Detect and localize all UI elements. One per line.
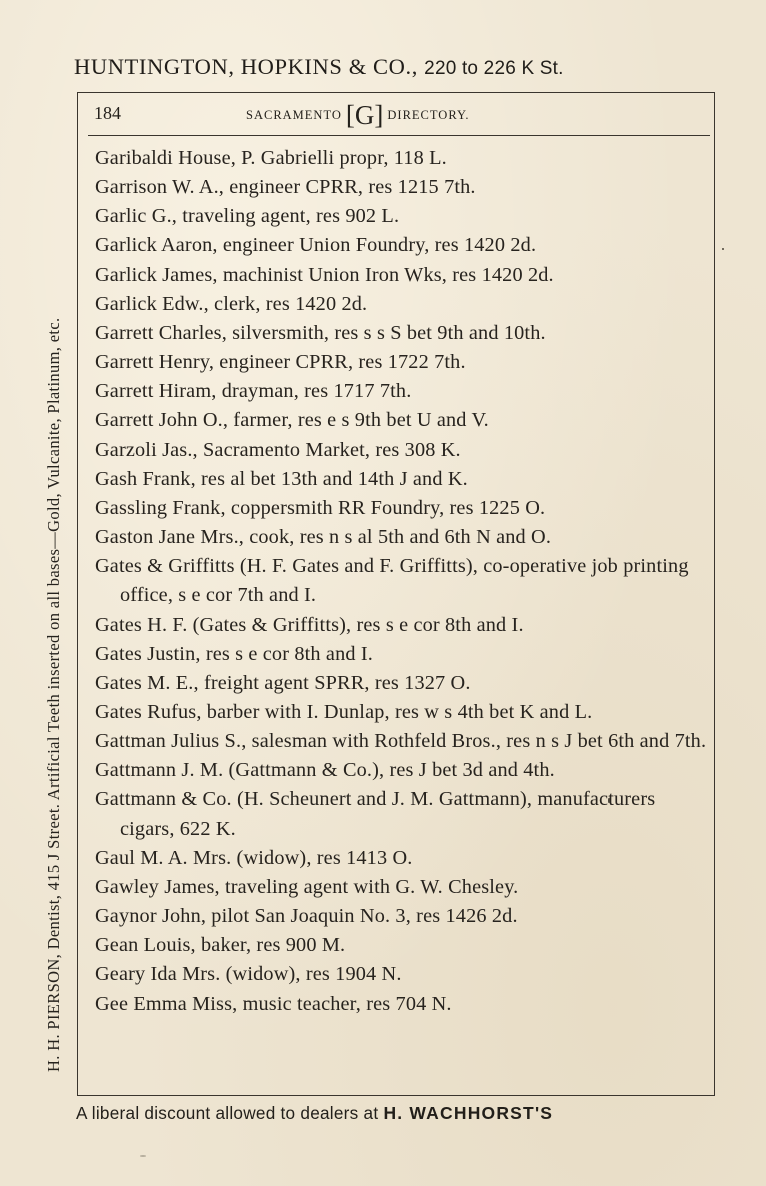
directory-entry: Garlick Aaron, engineer Union Foundry, r… (95, 231, 707, 260)
directory-entry: Garlick James, machinist Union Iron Wks,… (95, 261, 707, 290)
directory-entry: Garrett Charles, silversmith, res s s S … (95, 319, 707, 348)
directory-entry: Gates Justin, res s e cor 8th and I. (95, 640, 707, 669)
running-head: 184 Sacramento[G]Directory. (94, 100, 710, 132)
print-speck (140, 1155, 146, 1157)
directory-entry: Garrett Hiram, drayman, res 1717 7th. (95, 377, 707, 406)
directory-entry: Gates M. E., freight agent SPRR, res 132… (95, 669, 707, 698)
page-number: 184 (94, 103, 121, 124)
banner-address: 220 to 226 K St. (424, 58, 563, 79)
section-letter: [G] (346, 100, 383, 130)
directory-entry: Garrett John O., farmer, res e s 9th bet… (95, 406, 707, 435)
directory-entry: Gates H. F. (Gates & Griffitts), res s e… (95, 611, 707, 640)
side-advert-vertical: H. H. PIERSON, Dentist, 415 J Street. Ar… (42, 92, 66, 1072)
print-speck (722, 248, 724, 250)
footer-bold-text: H. WACHHORST'S (383, 1103, 553, 1123)
directory-entry: Gee Emma Miss, music teacher, res 704 N. (95, 990, 707, 1019)
directory-entry: Garibaldi House, P. Gabrielli propr, 118… (95, 144, 707, 173)
directory-entry: Gaul M. A. Mrs. (widow), res 1413 O. (95, 844, 707, 873)
title-left-word: Sacramento (246, 108, 342, 122)
top-advert-banner: HUNTINGTON, HOPKINS & CO., 220 to 226 K … (74, 54, 734, 80)
directory-entry: Garrett Henry, engineer CPRR, res 1722 7… (95, 348, 707, 377)
directory-entry: Gattman Julius S., salesman with Rothfel… (95, 727, 707, 756)
footer-plain-text: A liberal discount allowed to dealers at (76, 1103, 378, 1123)
directory-entry: Gattmann J. M. (Gattmann & Co.), res J b… (95, 756, 707, 785)
directory-entry: Gash Frank, res al bet 13th and 14th J a… (95, 465, 707, 494)
header-rule (88, 135, 710, 136)
banner-firm-name: HUNTINGTON, HOPKINS & CO., (74, 54, 418, 79)
directory-entry: Gawley James, traveling agent with G. W.… (95, 873, 707, 902)
directory-entry: Gates & Griffitts (H. F. Gates and F. Gr… (95, 552, 707, 610)
directory-entry: Gaynor John, pilot San Joaquin No. 3, re… (95, 902, 707, 931)
directory-entry: Gean Louis, baker, res 900 M. (95, 931, 707, 960)
directory-entry: Garzoli Jas., Sacramento Market, res 308… (95, 436, 707, 465)
directory-entry: Garlic G., traveling agent, res 902 L. (95, 202, 707, 231)
directory-entry: Gaston Jane Mrs., cook, res n s al 5th a… (95, 523, 707, 552)
directory-title: Sacramento[G]Directory. (246, 100, 470, 131)
directory-entry: Gattmann & Co. (H. Scheunert and J. M. G… (95, 785, 707, 843)
directory-entry: Geary Ida Mrs. (widow), res 1904 N. (95, 960, 707, 989)
directory-entry: Gates Rufus, barber with I. Dunlap, res … (95, 698, 707, 727)
title-right-word: Directory. (387, 108, 469, 122)
directory-entries: Garibaldi House, P. Gabrielli propr, 118… (95, 144, 707, 1019)
bottom-advert-line: A liberal discount allowed to dealers at… (76, 1103, 553, 1124)
directory-entry: Garrison W. A., engineer CPRR, res 1215 … (95, 173, 707, 202)
directory-entry: Garlick Edw., clerk, res 1420 2d. (95, 290, 707, 319)
print-speck (608, 798, 610, 803)
directory-entry: Gassling Frank, coppersmith RR Foundry, … (95, 494, 707, 523)
